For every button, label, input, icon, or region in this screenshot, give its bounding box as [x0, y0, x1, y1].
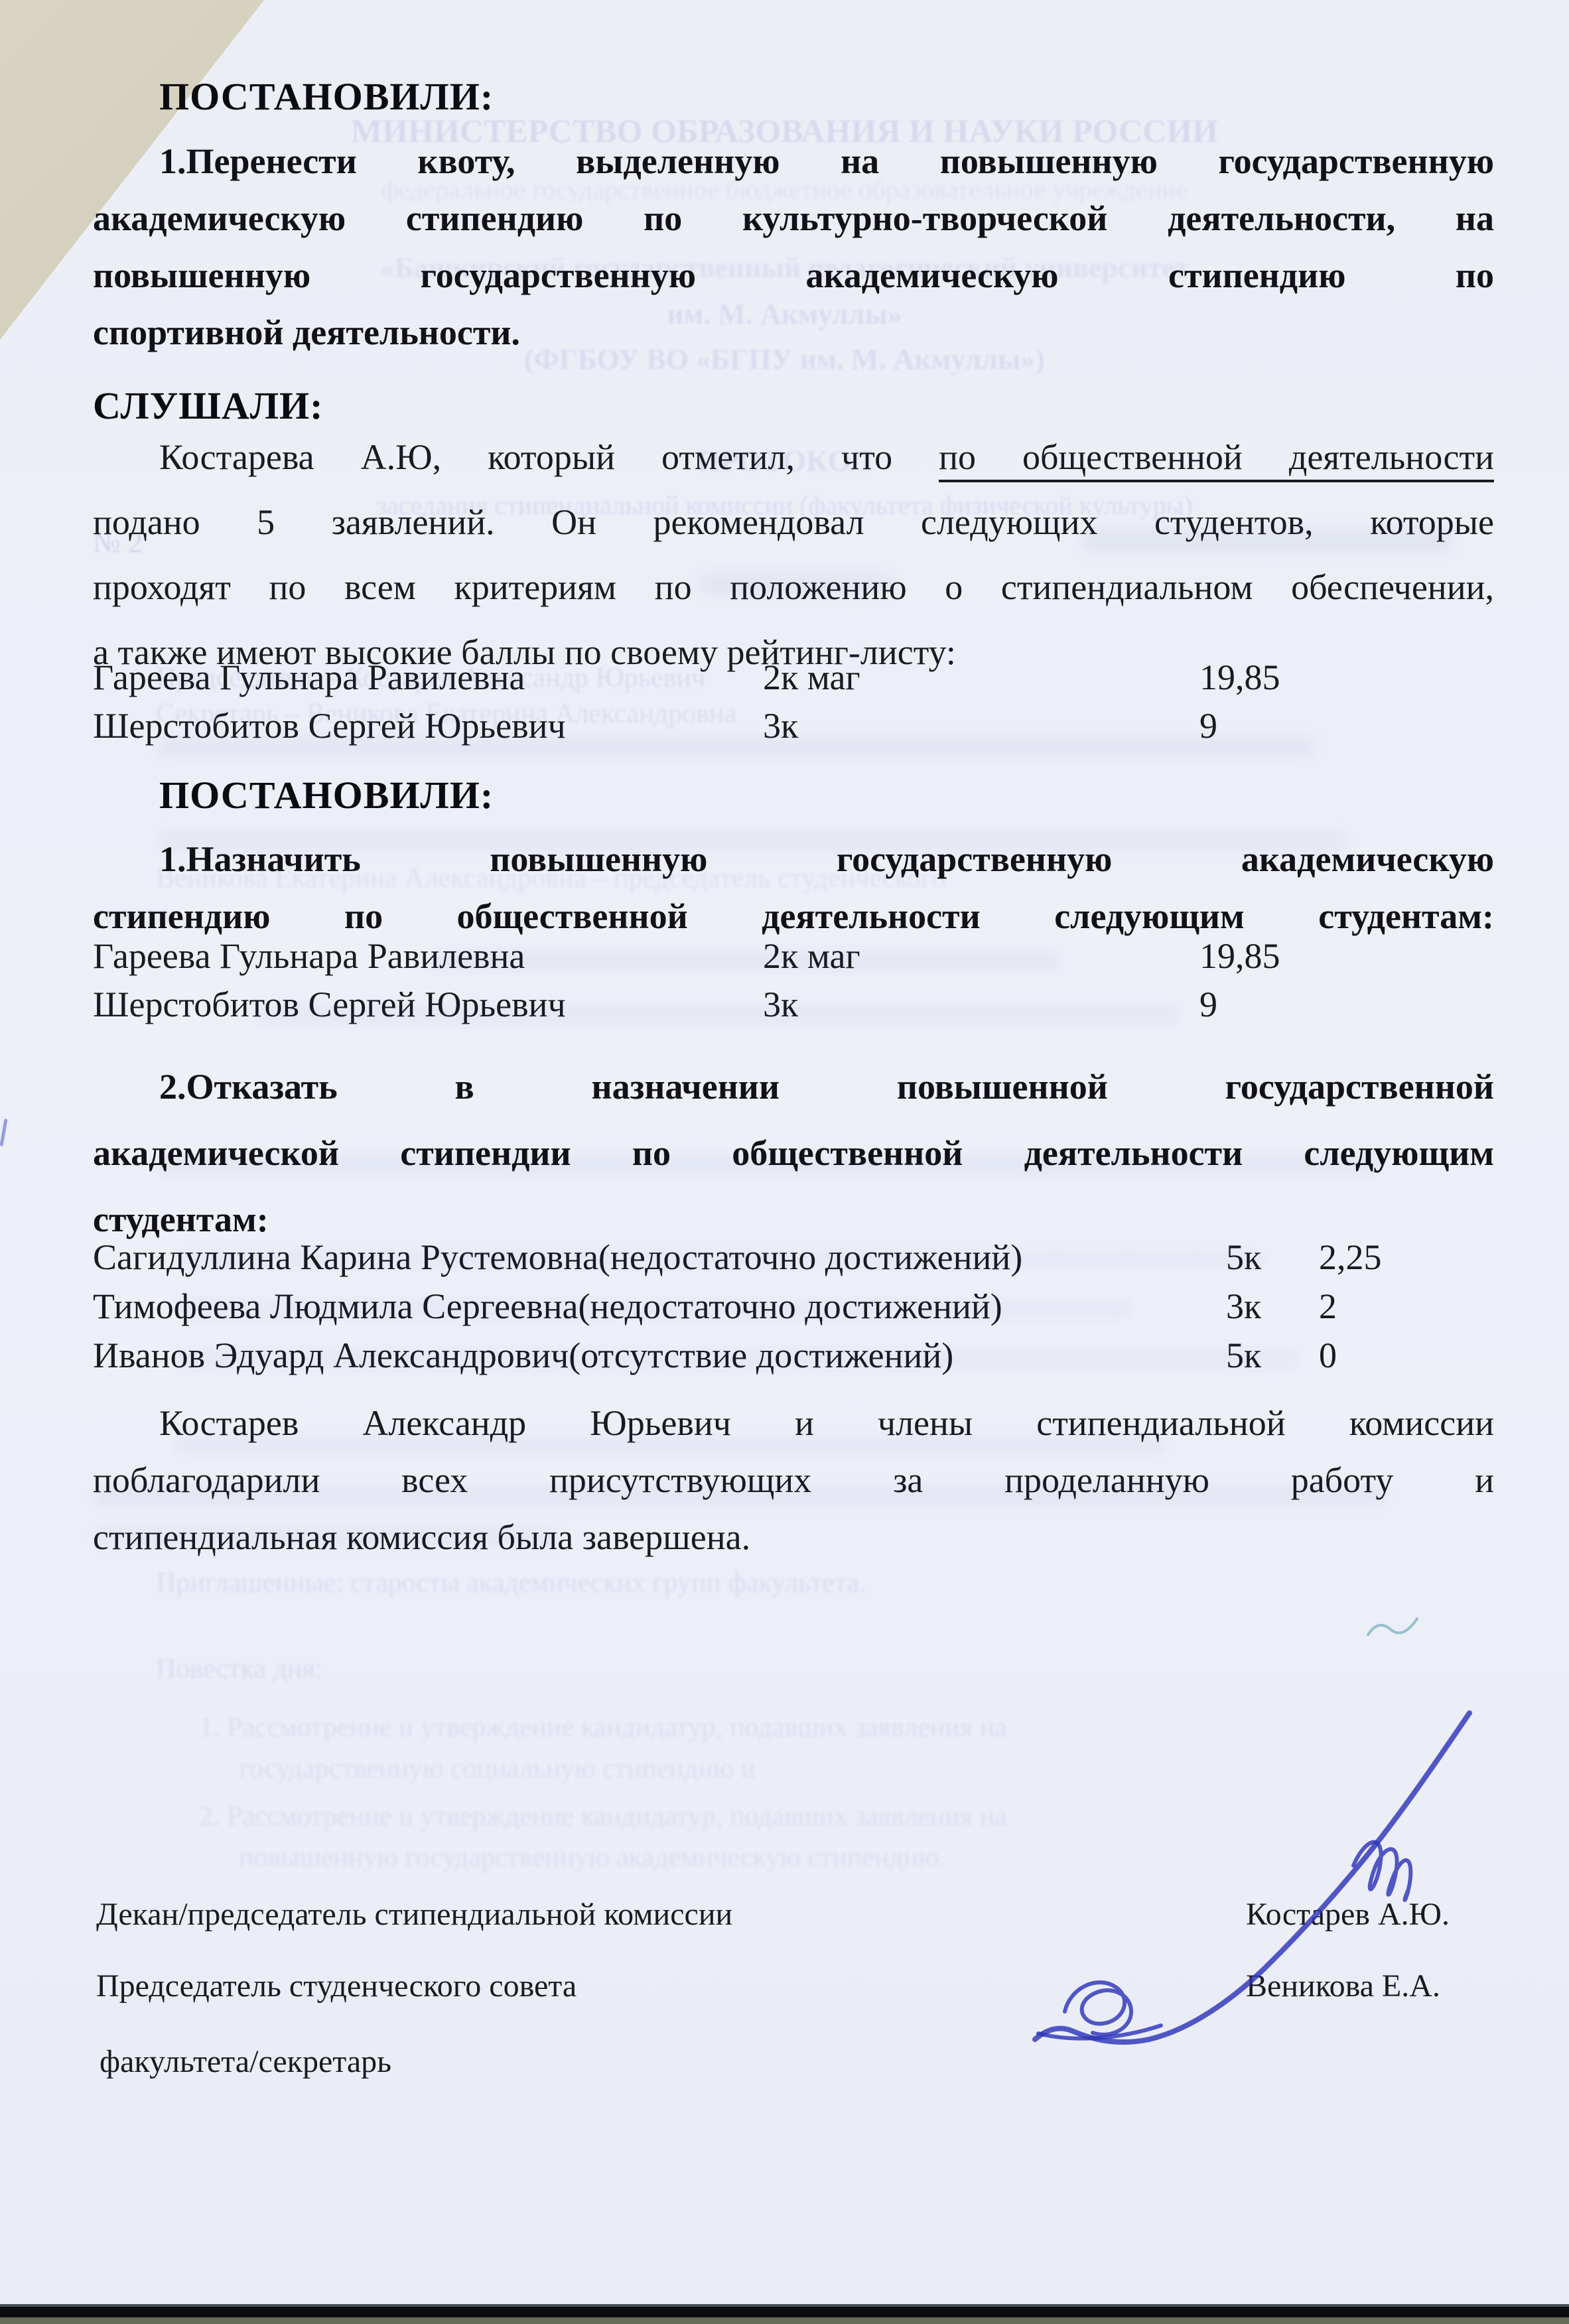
student-score: 19,85 — [1199, 653, 1280, 702]
stray-ink-mark — [0, 1119, 8, 1146]
text-line: 2.Отказать в назначении повышенной госуд… — [93, 1054, 1494, 1120]
student-course: 2к маг — [763, 932, 860, 981]
paragraph-refuse-stipend: 2.Отказать в назначении повышенной госуд… — [93, 1054, 1494, 1253]
heading-heard: СЛУШАЛИ: — [93, 383, 323, 428]
bleed-through-text: 1. Рассмотрение и утверждение кандидатур… — [199, 1712, 1007, 1743]
student-course: 3к — [763, 702, 798, 750]
student-name: Гареева Гульнара Равилевна — [93, 653, 525, 702]
pen-check-mark — [1368, 1619, 1417, 1635]
awarded-students-table-1: Гареева Гульнара Равилевна 2к маг 19,85 … — [93, 653, 1494, 750]
student-row: Шерстобитов Сергей Юрьевич 3к 9 — [93, 702, 1494, 750]
text-line: проходят по всем критериям по положению … — [93, 555, 1494, 620]
bleed-through-text: повышенную государственную академическую… — [239, 1842, 946, 1874]
bleed-through-text: Приглашенные: старосты академических гру… — [156, 1567, 866, 1599]
bleed-through-text: Повестка дня: — [156, 1653, 322, 1685]
student-score: 0 — [1319, 1331, 1337, 1380]
student-score: 9 — [1199, 702, 1217, 750]
text-line: стипендиальная комиссия была завершена. — [93, 1509, 1494, 1566]
paragraph-heard-report: Костарева А.Ю, который отметил, что по о… — [93, 425, 1494, 685]
underlined-text: по общественной деятельности — [939, 437, 1494, 482]
student-course: 5к — [1226, 1233, 1261, 1282]
scanned-protocol-page: МИНИСТЕРСТВО ОБРАЗОВАНИЯ И НАУКИ РОССИИф… — [0, 0, 1569, 2324]
student-score: 2 — [1319, 1282, 1337, 1331]
student-row: Тимофеева Людмила Сергеевна(недостаточно… — [93, 1282, 1494, 1331]
text-line: повышенную государственную академическую… — [93, 247, 1494, 304]
student-name: Тимофеева Людмила Сергеевна(недостаточно… — [93, 1282, 1002, 1331]
student-score: 19,85 — [1199, 932, 1280, 981]
bleed-through-text: государственную социальную стипендию и — [239, 1753, 756, 1785]
student-row: Гареева Гульнара Равилевна 2к маг 19,85 — [93, 932, 1494, 981]
scan-bottom-edge — [0, 2304, 1569, 2324]
student-course: 2к маг — [763, 653, 860, 702]
bleed-through-text: 2. Рассмотрение и утверждение кандидатур… — [199, 1801, 1007, 1832]
paragraph-assign-stipend: 1.Назначить повышенную государственную а… — [93, 831, 1494, 945]
student-course: 5к — [1226, 1331, 1261, 1380]
student-name: Гареева Гульнара Равилевна — [93, 932, 525, 981]
student-course: 3к — [1226, 1282, 1261, 1331]
text-line: Костарев Александр Юрьевич и члены стипе… — [93, 1395, 1494, 1452]
paragraph-closing: Костарев Александр Юрьевич и члены стипе… — [93, 1395, 1494, 1566]
student-score: 9 — [1199, 981, 1217, 1029]
signature-role-secretary: факультета/секретарь — [100, 2043, 391, 2080]
signature-role-student-council: Председатель студенческого совета — [96, 1968, 577, 2004]
text-line: Костарева А.Ю, который отметил, что по о… — [93, 425, 1494, 490]
text-fragment: Костарева А.Ю, который отметил, что — [159, 437, 939, 477]
heading-resolved-1: ПОСТАНОВИЛИ: — [159, 74, 494, 119]
scan-edge-shadow — [0, 2317, 1569, 2324]
rejected-students-table: Сагидуллина Карина Рустемовна(недостаточ… — [93, 1233, 1494, 1380]
signature-kostarev-flourish — [1353, 1842, 1410, 1900]
text-line: академической стипендии по общественной … — [93, 1120, 1494, 1186]
handwritten-signatures — [929, 1698, 1526, 2070]
student-row: Шерстобитов Сергей Юрьевич 3к 9 — [93, 981, 1494, 1029]
signature-venikova-loops — [1065, 1982, 1131, 2035]
student-name: Иванов Эдуард Александрович(отсутствие д… — [93, 1331, 953, 1380]
signature-role-dean: Декан/председатель стипендиальной комисс… — [96, 1896, 732, 1933]
text-line: 1.Назначить повышенную государственную а… — [93, 831, 1494, 888]
text-line: поблагодарили всех присутствующих за про… — [93, 1452, 1494, 1509]
student-course: 3к — [763, 981, 798, 1029]
text-line: 1.Перенести квоту, выделенную на повышен… — [93, 133, 1494, 190]
student-score: 2,25 — [1319, 1233, 1382, 1282]
student-name: Шерстобитов Сергей Юрьевич — [93, 981, 566, 1029]
student-row: Гареева Гульнара Равилевна 2к маг 19,85 — [93, 653, 1494, 702]
student-row: Сагидуллина Карина Рустемовна(недостаточ… — [93, 1233, 1494, 1282]
paragraph-transfer-quota: 1.Перенести квоту, выделенную на повышен… — [93, 133, 1494, 361]
awarded-students-table-2: Гареева Гульнара Равилевна 2к маг 19,85 … — [93, 932, 1494, 1029]
text-line: подано 5 заявлений. Он рекомендовал след… — [93, 490, 1494, 555]
text-line: академическую стипендию по культурно-тво… — [93, 190, 1494, 247]
scan-edge-black-band — [0, 2307, 1569, 2317]
student-name: Сагидуллина Карина Рустемовна(недостаточ… — [93, 1233, 1022, 1282]
heading-resolved-2: ПОСТАНОВИЛИ: — [159, 773, 494, 817]
text-line: спортивной деятельности. — [93, 304, 1494, 361]
student-name: Шерстобитов Сергей Юрьевич — [93, 702, 566, 750]
student-row: Иванов Эдуард Александрович(отсутствие д… — [93, 1331, 1494, 1380]
